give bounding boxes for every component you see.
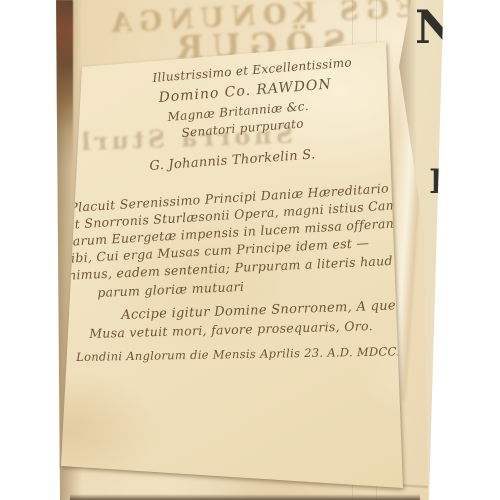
dedication-letter-sheet: Snorra Sturlu Illustrissimo et Excellent… [0, 0, 500, 500]
letter-body-line: parum gloriæ mutuari [97, 279, 244, 300]
letter-sheet-wrap: Snorra Sturlu Illustrissimo et Excellent… [0, 0, 500, 500]
book-photograph[interactable]: N I NOREGS KONUNGA SÖGUR Snorra Sturlu I… [0, 0, 500, 500]
letter-dateline: Londini Anglorum die Mensis Aprilis 23. … [76, 344, 448, 364]
